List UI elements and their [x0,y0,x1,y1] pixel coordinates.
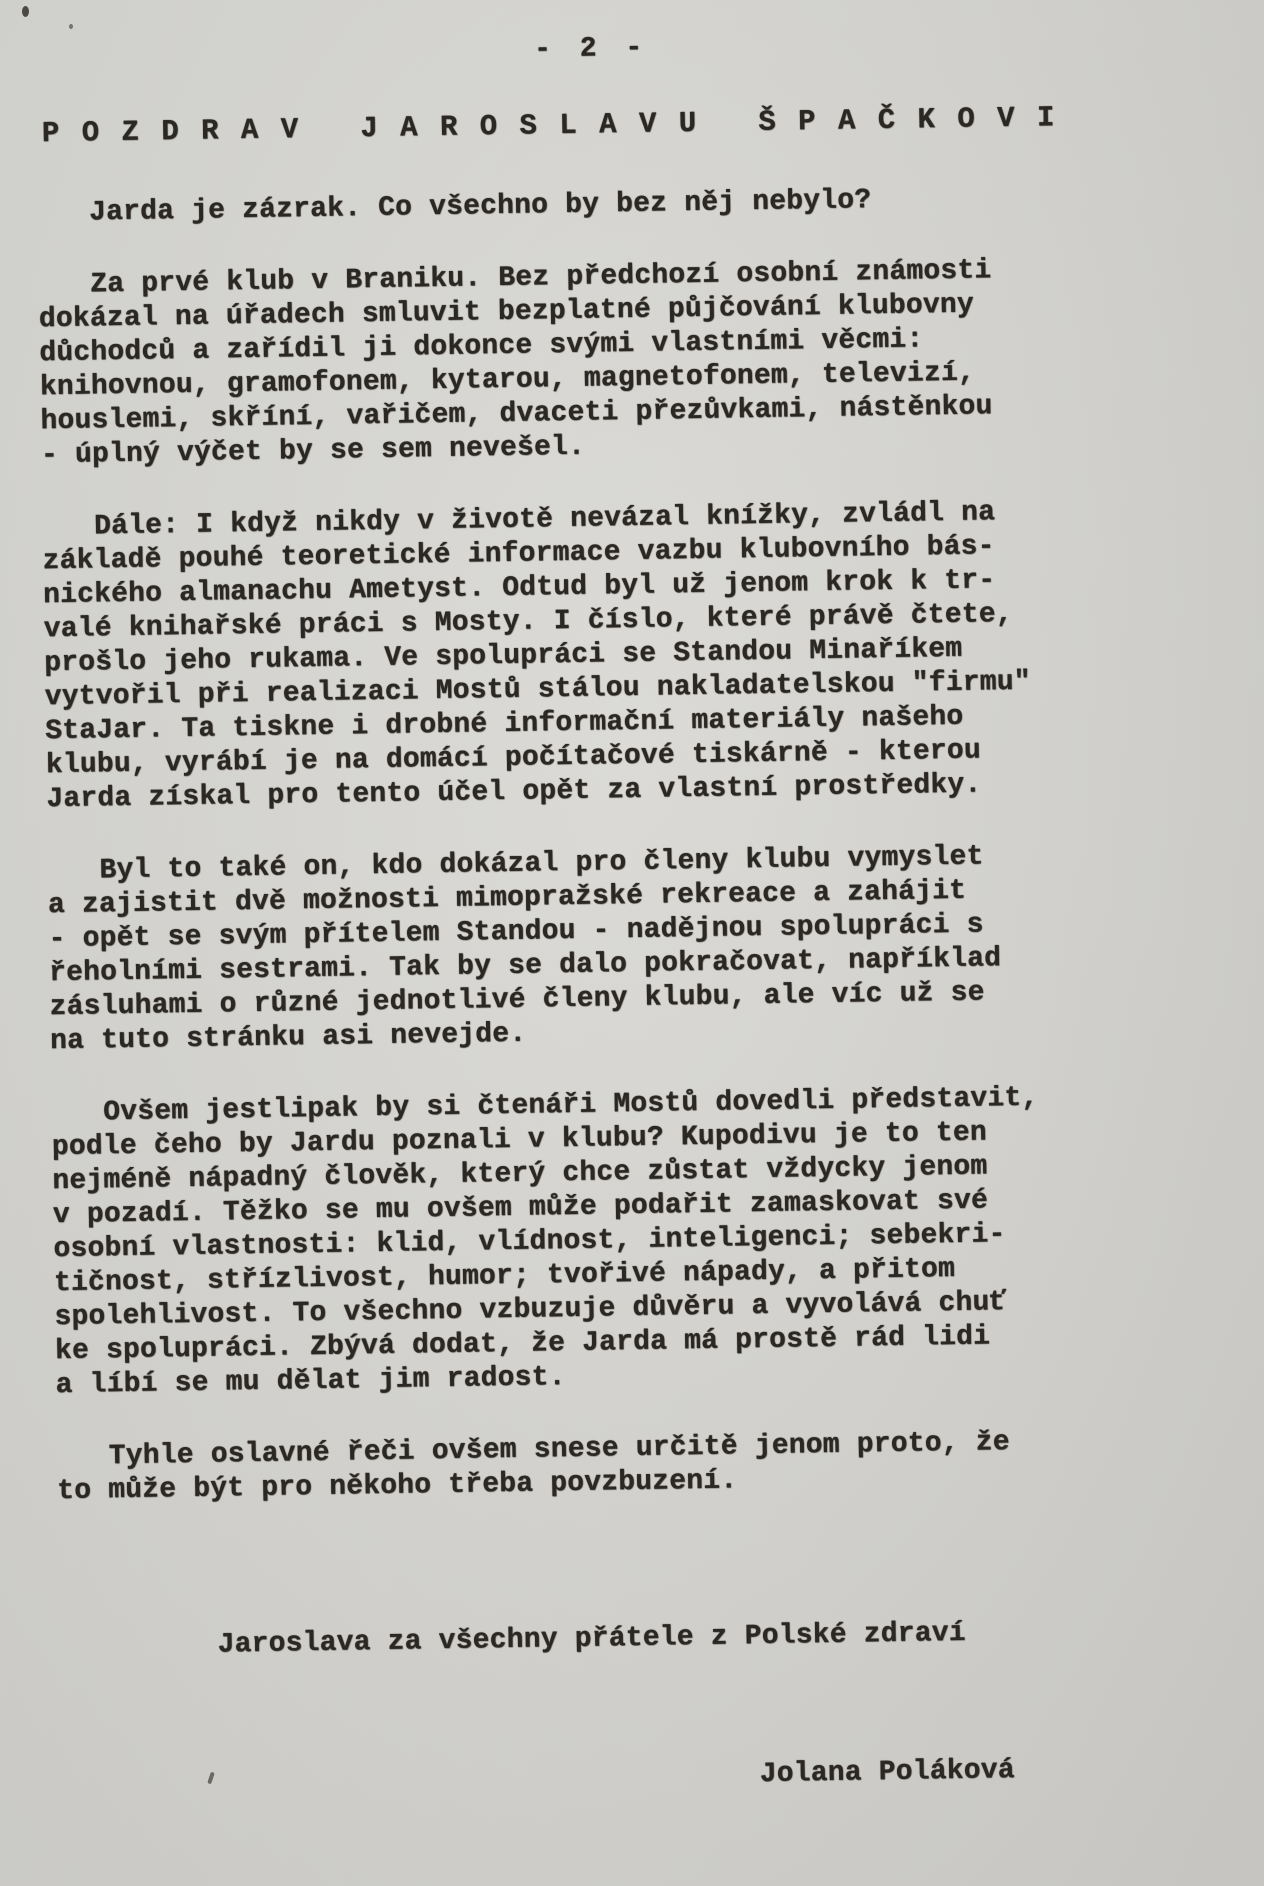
paragraph-knihareni: Dále: I když nikdy v životě nevázal kníž… [42,493,1208,817]
paragraph-intro: Jarda je zázrak. Co všechno by bez něj n… [37,179,1198,231]
closing-greeting: Jaroslava za všechny přátele z Polské zd… [217,1613,1220,1663]
page-content: - 2 - P O Z D R A V J A R O S L A V U Š … [0,0,1264,1804]
page-number: - 2 - [10,23,1171,75]
paragraph-vlastnosti: Ovšem jestlipak by si čtenáři Mostů dove… [51,1079,1217,1403]
author-signature: Jolana Poláková [760,1751,1223,1792]
paragraph-klub-v-braniku: Za prvé klub v Braniku. Bez předchozí os… [38,251,1202,473]
page-title: P O Z D R A V J A R O S L A V U Š P A Č … [42,99,1197,151]
scanned-typewritten-page: - 2 - P O Z D R A V J A R O S L A V U Š … [0,0,1264,1886]
paragraph-zaver: Tyhle oslavné řeči ovšem snese určitě je… [56,1423,1218,1509]
paragraph-rekreace: Byl to také on, kdo dokázal pro členy kl… [47,837,1211,1059]
